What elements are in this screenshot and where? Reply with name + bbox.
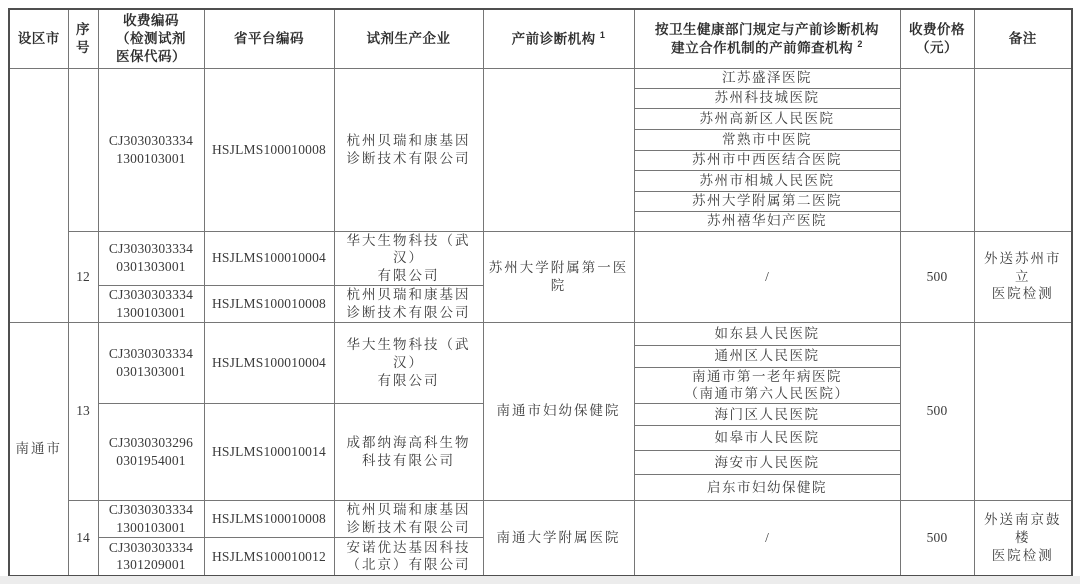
screening-hospital: 如皋市人民医院 bbox=[634, 426, 900, 451]
cell-manufacturer: 杭州贝瑞和康基因 诊断技术有限公司 bbox=[334, 68, 483, 231]
footnote-marker-2: 2 bbox=[857, 39, 863, 49]
cell-manufacturer: 华大生物科技（武汉） 有限公司 bbox=[334, 231, 483, 285]
cell-diagnosis-org: 苏州大学附属第一医院 bbox=[483, 231, 634, 322]
cell-fee-code: CJ3030303296 0301954001 bbox=[98, 404, 204, 501]
cell-remark: 外送苏州市立 医院检测 bbox=[974, 231, 1072, 322]
cell-fee-code: CJ3030303334 1300103001 bbox=[98, 501, 204, 538]
cell-price: 500 bbox=[900, 501, 974, 576]
cell-fee-code: CJ3030303334 0301303001 bbox=[98, 231, 204, 285]
cell-remark-empty bbox=[974, 322, 1072, 501]
cell-platform-code: HSJLMS100010014 bbox=[204, 404, 334, 501]
cell-city-empty-suzhou bbox=[9, 68, 68, 322]
header-city: 设区市 bbox=[9, 9, 68, 68]
cell-remark-empty bbox=[974, 68, 1072, 231]
header-platform-code: 省平台编码 bbox=[204, 9, 334, 68]
screening-hospital: 江苏盛泽医院 bbox=[634, 68, 900, 88]
cell-seq: 14 bbox=[68, 501, 98, 576]
table-row: CJ3030303334 1300103001 HSJLMS100010008 … bbox=[9, 68, 1072, 88]
screening-hospital: 南通市第一老年病医院 （南通市第六人民医院） bbox=[634, 367, 900, 404]
cell-platform-code: HSJLMS100010004 bbox=[204, 322, 334, 404]
screening-hospital: 苏州大学附属第二医院 bbox=[634, 191, 900, 211]
cell-manufacturer: 华大生物科技（武汉） 有限公司 bbox=[334, 322, 483, 404]
cell-platform-code: HSJLMS100010012 bbox=[204, 538, 334, 576]
footnote-marker-1: 1 bbox=[600, 30, 606, 40]
screening-hospital: 苏州禧华妇产医院 bbox=[634, 211, 900, 231]
cell-screening-none: / bbox=[634, 501, 900, 576]
header-fee-code: 收费编码 （检测试剂 医保代码） bbox=[98, 9, 204, 68]
cell-city-nantong: 南通市 bbox=[9, 322, 68, 576]
table-row: 12 CJ3030303334 0301303001 HSJLMS1000100… bbox=[9, 231, 1072, 285]
screening-hospital: 常熟市中医院 bbox=[634, 129, 900, 150]
header-screening-org: 按卫生健康部门规定与产前诊断机构 建立合作机制的产前筛查机构 2 bbox=[634, 9, 900, 68]
screening-hospital: 如东县人民医院 bbox=[634, 322, 900, 345]
cell-diagnosis-org: 南通市妇幼保健院 bbox=[483, 322, 634, 501]
cell-manufacturer: 成都纳海高科生物 科技有限公司 bbox=[334, 404, 483, 501]
screening-hospital: 海安市人民医院 bbox=[634, 451, 900, 475]
cell-screening-none: / bbox=[634, 231, 900, 322]
cell-platform-code: HSJLMS100010008 bbox=[204, 68, 334, 231]
header-diagnosis-org-label: 产前诊断机构 bbox=[512, 31, 596, 46]
cell-seq: 12 bbox=[68, 231, 98, 322]
cell-seq-empty bbox=[68, 68, 98, 231]
cell-fee-code: CJ3030303334 1300103001 bbox=[98, 68, 204, 231]
cell-price: 500 bbox=[900, 231, 974, 322]
cell-fee-code: CJ3030303334 0301303001 bbox=[98, 322, 204, 404]
cell-diagnosis-org-empty bbox=[483, 68, 634, 231]
table-row: 南通市 13 CJ3030303334 0301303001 HSJLMS100… bbox=[9, 322, 1072, 345]
cell-manufacturer: 杭州贝瑞和康基因 诊断技术有限公司 bbox=[334, 285, 483, 322]
screening-hospital: 苏州市相城人民医院 bbox=[634, 170, 900, 191]
cell-seq: 13 bbox=[68, 322, 98, 501]
cell-remark: 外送南京鼓楼 医院检测 bbox=[974, 501, 1072, 576]
cell-fee-code: CJ3030303334 1301209001 bbox=[98, 538, 204, 576]
cell-manufacturer: 安诺优达基因科技 （北京）有限公司 bbox=[334, 538, 483, 576]
header-remark: 备注 bbox=[974, 9, 1072, 68]
cell-diagnosis-org: 南通大学附属医院 bbox=[483, 501, 634, 576]
screening-hospital: 苏州市中西医结合医院 bbox=[634, 150, 900, 170]
screening-hospital: 苏州高新区人民医院 bbox=[634, 108, 900, 129]
cell-manufacturer: 杭州贝瑞和康基因 诊断技术有限公司 bbox=[334, 501, 483, 538]
header-row: 设区市 序 号 收费编码 （检测试剂 医保代码） 省平台编码 试剂生产企业 产前… bbox=[9, 9, 1072, 68]
screening-hospital: 海门区人民医院 bbox=[634, 404, 900, 426]
fee-table: 设区市 序 号 收费编码 （检测试剂 医保代码） 省平台编码 试剂生产企业 产前… bbox=[8, 8, 1073, 577]
cell-price-empty bbox=[900, 68, 974, 231]
header-seq: 序 号 bbox=[68, 9, 98, 68]
header-screening-org-label: 按卫生健康部门规定与产前诊断机构 建立合作机制的产前筛查机构 bbox=[655, 22, 879, 55]
table-row: 14 CJ3030303334 1300103001 HSJLMS1000100… bbox=[9, 501, 1072, 538]
screening-hospital: 苏州科技城医院 bbox=[634, 88, 900, 108]
cell-price: 500 bbox=[900, 322, 974, 501]
header-price: 收费价格 （元） bbox=[900, 9, 974, 68]
cell-fee-code: CJ3030303334 1300103001 bbox=[98, 285, 204, 322]
cell-platform-code: HSJLMS100010004 bbox=[204, 231, 334, 285]
cell-platform-code: HSJLMS100010008 bbox=[204, 501, 334, 538]
screening-hospital: 通州区人民医院 bbox=[634, 345, 900, 367]
page-edge-strip bbox=[0, 576, 1080, 584]
cell-platform-code: HSJLMS100010008 bbox=[204, 285, 334, 322]
screening-hospital: 启东市妇幼保健院 bbox=[634, 475, 900, 501]
header-diagnosis-org: 产前诊断机构 1 bbox=[483, 9, 634, 68]
header-manufacturer: 试剂生产企业 bbox=[334, 9, 483, 68]
